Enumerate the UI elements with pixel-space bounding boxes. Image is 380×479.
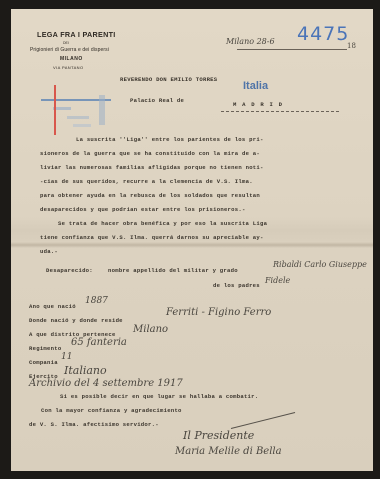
letterhead-city: MILANO [60, 56, 83, 62]
red-pencil-mark [54, 85, 56, 135]
field-value-army: Italiano [64, 364, 107, 377]
parents-value: Fidele [265, 276, 290, 285]
field-value-regiment: 65 fanteria [71, 337, 127, 348]
missing-field: nombre appellido del militar y grado [108, 267, 238, 274]
field-label-regiment: Regimento [29, 345, 61, 352]
addressee-line1: REVERENDO DON EMILIO TORRES [120, 76, 217, 83]
addressee-city: M A D R I D [233, 101, 283, 108]
body-line: desaparecidos y que podrian estar entre … [40, 206, 246, 213]
missing-label: Desaparecido: [46, 267, 93, 274]
date-underline [237, 49, 347, 50]
place-date: Milano 28-6 [226, 37, 275, 46]
signature-name: Maria Melile di Bella [175, 446, 282, 457]
body-line: sioneros de la guerra que se ha constitu… [40, 150, 260, 157]
received-stamp [29, 89, 113, 133]
field-label-company: Compania [29, 359, 58, 366]
body-line: La suscrita ''Liga'' entre los parientes… [76, 136, 264, 143]
letter-page: LEGA FRA I PARENTI DEI Prigionieri di Gu… [11, 9, 373, 471]
extra-note: Archivio del 4 settembre 1917 [29, 378, 183, 389]
city-dotted-line [221, 111, 339, 112]
body-line: para obtener ayuda en la rebusca de los … [40, 192, 260, 199]
letterhead-sub1: DEI [63, 41, 69, 45]
missing-value: Ribaldi Carlo Giuseppe [273, 260, 367, 269]
addressee-line2: Palacio Real de [130, 97, 184, 104]
closing-line3: de V. S. Ilma. afectisimo servidor.- [29, 421, 159, 428]
letterhead-address: VIA PANTANO [53, 65, 83, 70]
field-value-birth-year: 1887 [85, 296, 108, 306]
field-value-district: Milano [133, 324, 168, 335]
letterhead-org: LEGA FRA I PARENTI [37, 30, 116, 39]
signature-title: Il Presidente [183, 429, 254, 442]
field-value-company: 11 [61, 352, 72, 362]
closing-line1: Si es posible decir en que lugar se hall… [60, 393, 258, 400]
closing-line2: Con la mayor confianza y agradecimiento [41, 407, 182, 414]
body-line: uda.- [40, 248, 58, 255]
country-stamp: Italia [243, 80, 268, 92]
reference-number: 4475 [297, 23, 349, 45]
field-value-birthplace: Ferriti - Figino Ferro [166, 307, 271, 318]
letterhead-sub2: Prigionieri di Guerra e dei dispersi [30, 47, 109, 53]
body-line: -cias de sus queridos, recurre a la clem… [40, 178, 253, 185]
field-label-birthplace: Donde nació y donde reside [29, 317, 123, 324]
body-line: liviar las numerosas familias afligidas … [40, 164, 264, 171]
parents-label: de los padres [213, 282, 260, 289]
body-line: tiene confianza que V.S. Ilma. querrá da… [40, 234, 264, 241]
field-label-birth-year: Ano que nació [29, 303, 76, 310]
body-line: Se trata de hacer obra benéfica y por es… [58, 220, 267, 227]
signature-flourish [231, 412, 295, 429]
paper-fold [11, 242, 373, 248]
